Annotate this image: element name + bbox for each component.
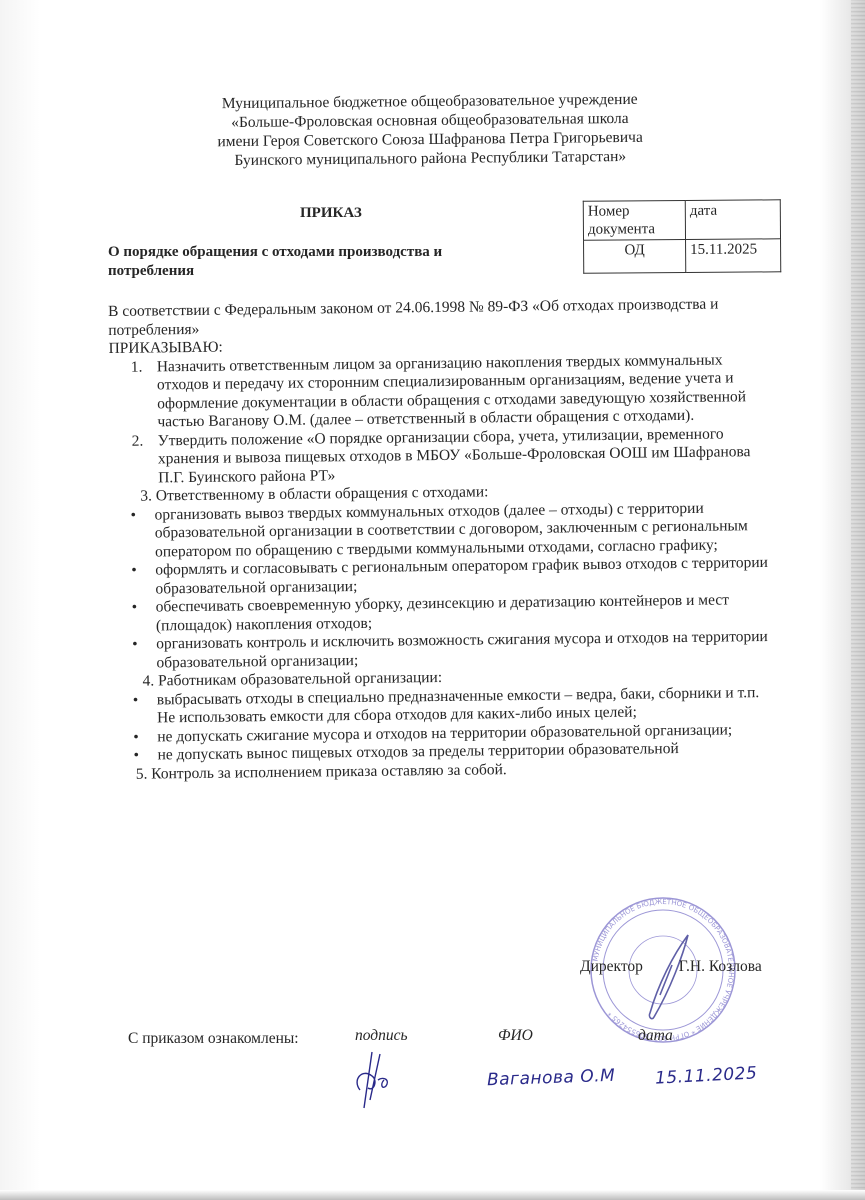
doc-number-value: ОД	[584, 239, 686, 273]
bullet-icon: •	[132, 635, 156, 672]
item-text: Назначить ответственным лицом за организ…	[157, 350, 770, 431]
director-name: Г.Н. Козлова	[679, 958, 762, 975]
acknowledgement-label: С приказом ознакомлены:	[128, 1030, 299, 1048]
signature-column-header: подпись	[355, 1027, 408, 1045]
scan-edge-bottom	[0, 1190, 865, 1200]
order-item-2: 2. Утвердить положение «О порядке органи…	[132, 424, 771, 487]
item-text: Утвердить положение «О порядке организац…	[158, 424, 771, 487]
doc-date-value: 15.11.2025	[686, 239, 781, 273]
organization-header: Муниципальное бюджетное общеобразователь…	[150, 89, 711, 171]
director-role: Директор	[580, 958, 643, 975]
scan-edge-right	[851, 0, 865, 1200]
section-3-bullet: • организовать вывоз твердых коммунальны…	[130, 498, 771, 561]
item-number: 2.	[132, 432, 159, 488]
section-3-bullet: • организовать контроль и исключить возм…	[132, 628, 772, 673]
document-title: ПРИКАЗ	[300, 205, 362, 222]
document-number-table: Номер документа дата ОД 15.11.2025	[583, 199, 782, 273]
bullet-icon: •	[133, 691, 157, 728]
bullet-icon: •	[133, 746, 157, 765]
bullet-icon: •	[132, 598, 156, 635]
item-number: 1.	[131, 358, 158, 432]
handwritten-signature-icon	[350, 1050, 400, 1110]
director-signature-block: Директор Г.Н. Козлова	[580, 958, 762, 976]
order-body: В соответствии с Федеральным законом от …	[108, 295, 774, 784]
document-subject: О порядке обращения с отходами производс…	[108, 243, 518, 281]
bullet-icon: •	[131, 561, 155, 598]
fio-column-header: ФИО	[498, 1027, 533, 1045]
doc-date-header: дата	[685, 200, 780, 240]
order-item-1: 1. Назначить ответственным лицом за орга…	[131, 350, 770, 432]
doc-number-header: Номер документа	[583, 200, 685, 240]
bullet-icon: •	[130, 506, 155, 562]
bullet-icon: •	[133, 728, 157, 747]
date-column-header: дата	[638, 1027, 673, 1045]
